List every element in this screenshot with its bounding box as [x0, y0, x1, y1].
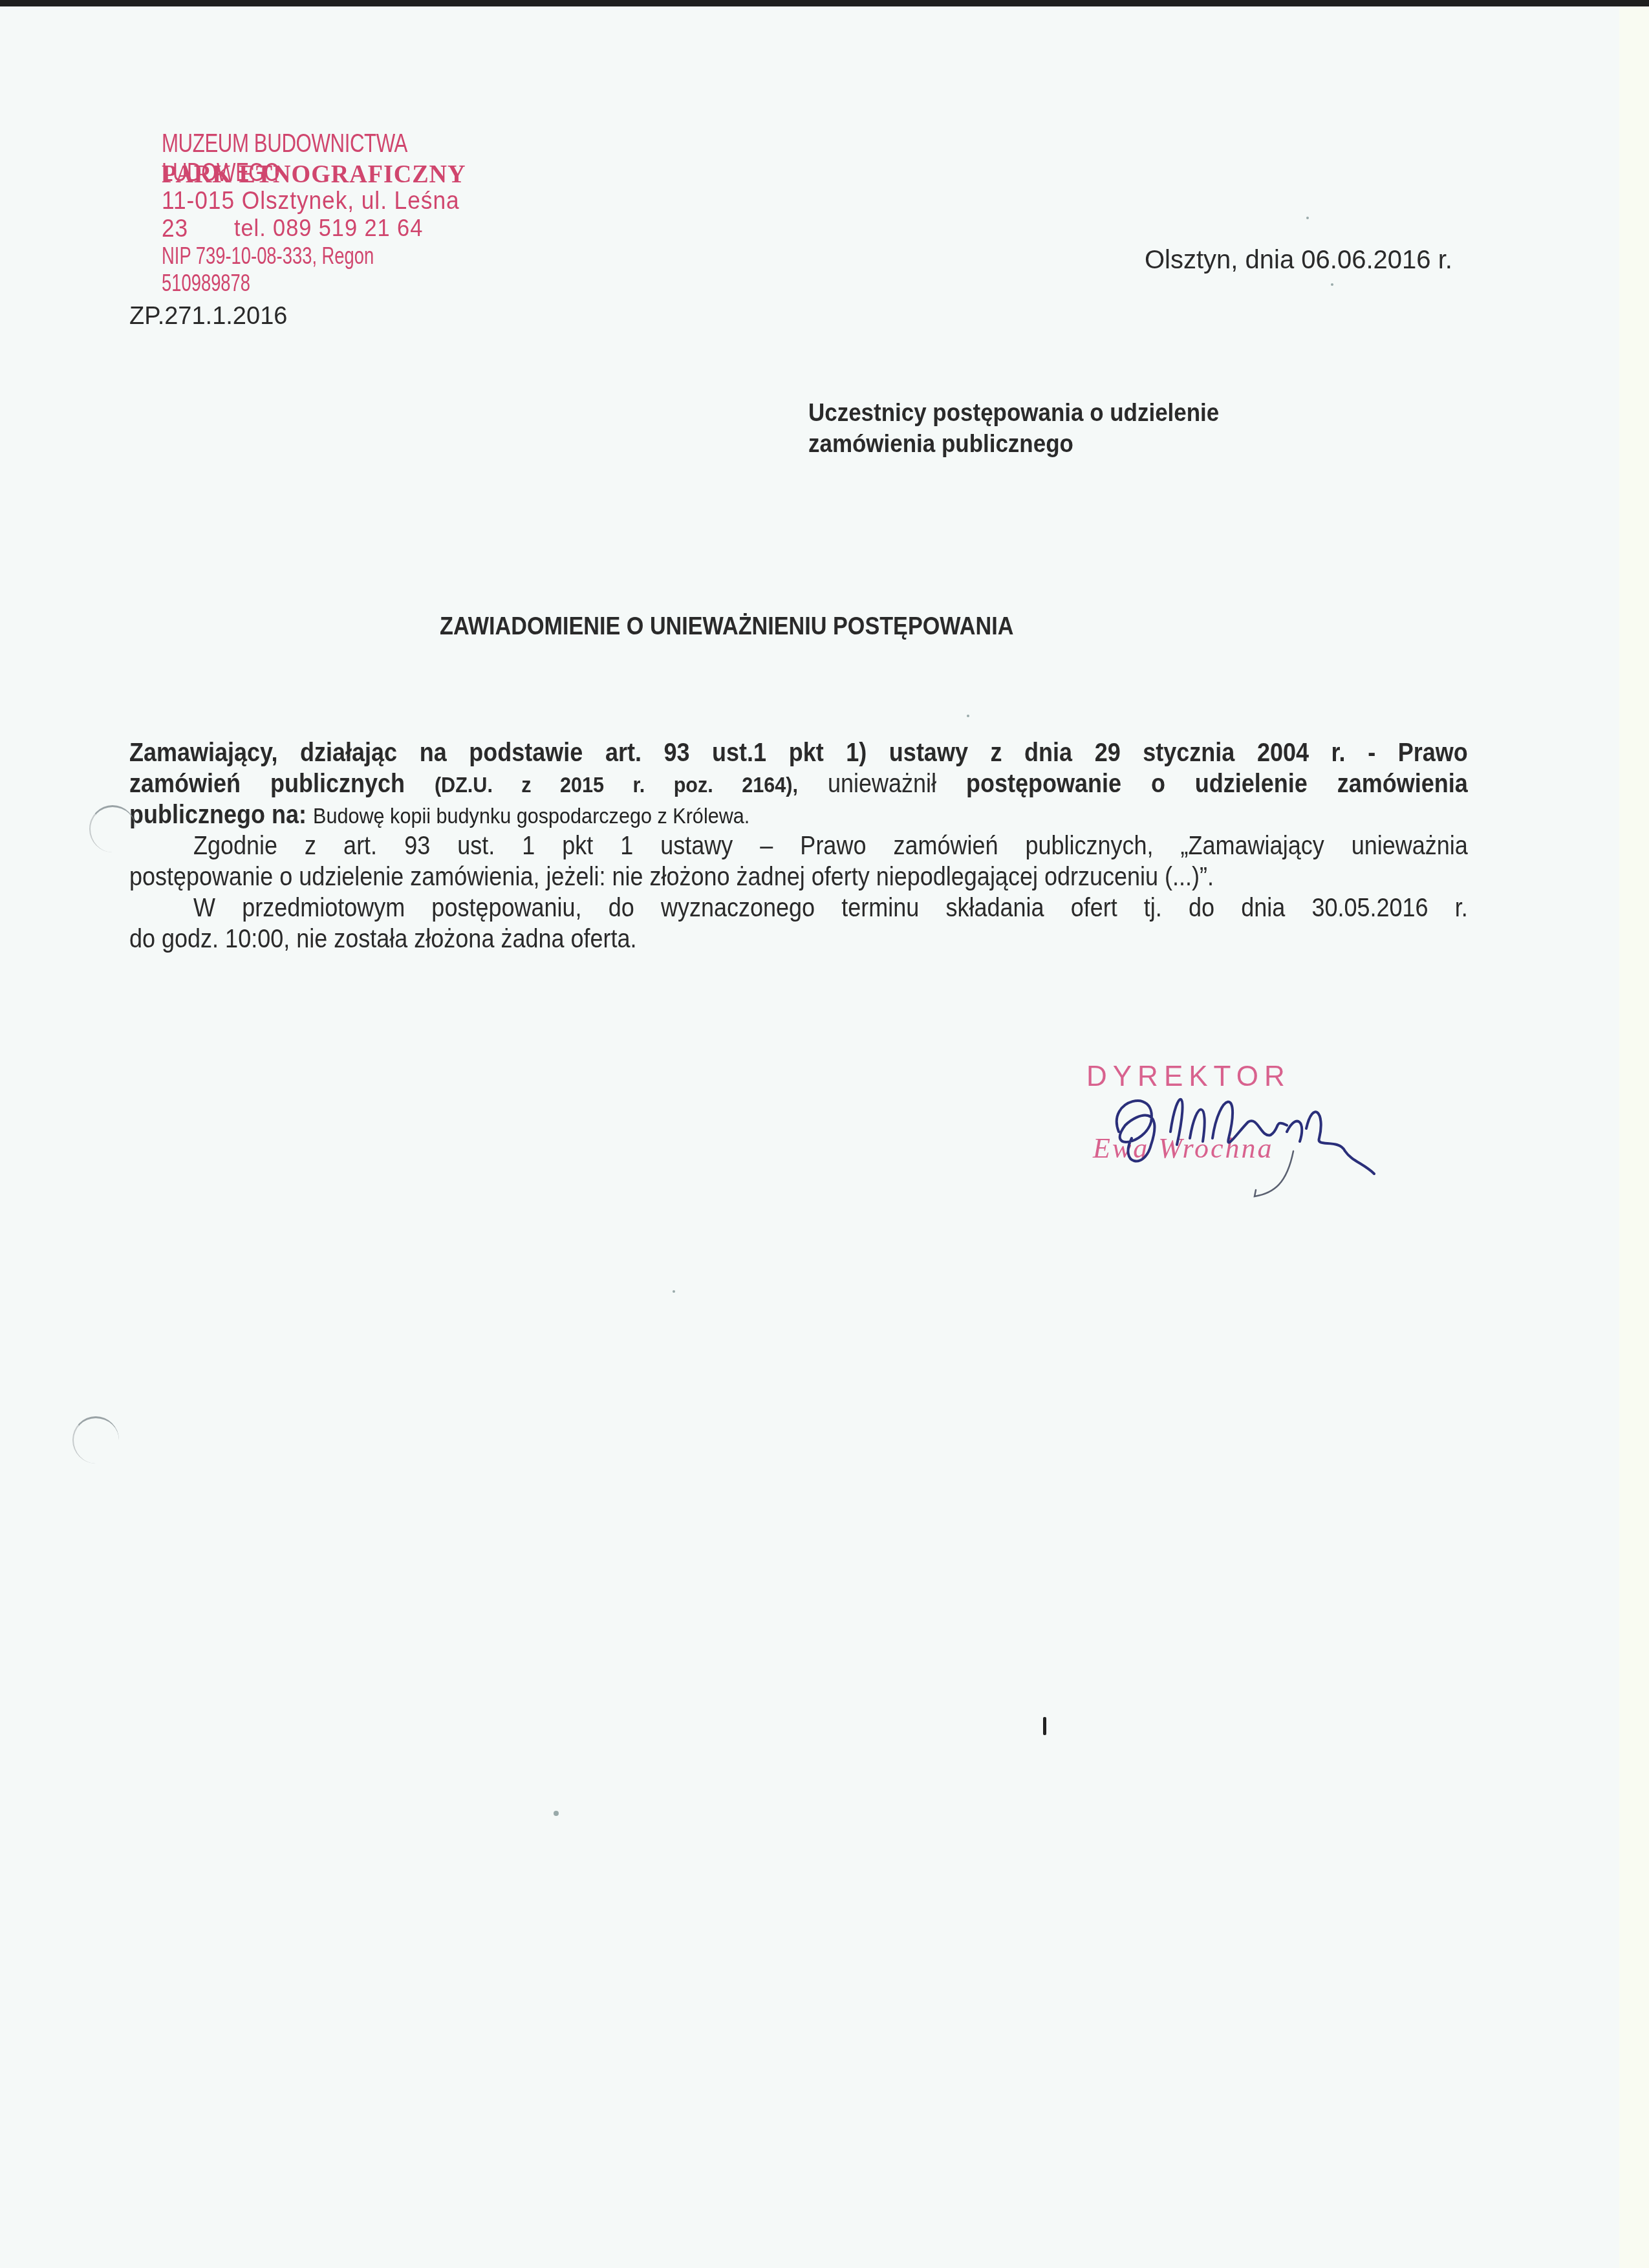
scan-right-edge: [1619, 6, 1649, 2268]
body-p1-line-1: Zamawiający, działając na podstawie art.…: [129, 737, 1468, 768]
document-title: ZAWIADOMIENIE O UNIEWAŻNIENIU POSTĘPOWAN…: [440, 613, 1092, 641]
period: .: [744, 804, 750, 828]
stamp-tax-ids: NIP 739-10-08-333, Regon 510989878: [162, 243, 425, 297]
reference-number: ZP.271.1.2016: [129, 303, 287, 330]
scan-speck: [1331, 283, 1333, 286]
punch-hole-mark: [72, 1416, 119, 1463]
body-p3-line-2: do godz. 10:00, nie została złożona żadn…: [129, 923, 1334, 955]
place-and-date: Olsztyn, dnia 06.06.2016 r.: [1145, 246, 1452, 275]
body-p2-line-1: Zgodnie z art. 93 ust. 1 pkt 1 ustawy – …: [129, 830, 1468, 861]
cancelled-verb: unieważnił: [828, 770, 936, 798]
scan-speck: [554, 1811, 559, 1816]
document-body: Zamawiający, działając na podstawie art.…: [129, 737, 1468, 955]
procedure-phrase: postępowanie o udzielenie zamówienia: [966, 770, 1468, 798]
stamp-park-name: PARK ETNOGRAFICZNY: [162, 158, 466, 189]
law-name: zamówień publicznych: [129, 770, 405, 798]
body-p3-line-1: W przedmiotowym postępowaniu, do wyznacz…: [129, 892, 1468, 923]
journal-reference: (DZ.U. z 2015 r. poz. 2164),: [435, 773, 798, 797]
scan-speck: [673, 1290, 675, 1293]
procurement-subject: Budowę kopii budynku gospodarczego z Kró…: [313, 804, 744, 828]
body-p2-line-2: postępowanie o udzielenie zamówienia, je…: [129, 861, 1334, 892]
punch-hole-mark: [89, 805, 136, 852]
body-p1-line-2: zamówień publicznych (DZ.U. z 2015 r. po…: [129, 768, 1468, 799]
signature-block: DYREKTOR Ewa Wrochna: [1080, 1061, 1390, 1209]
recipient-line-2: zamówienia publicznego: [808, 429, 1219, 460]
scan-top-edge: [0, 0, 1649, 6]
subject-label: publicznego na:: [129, 801, 307, 829]
recipient-line-1: Uczestnicy postępowania o udzielenie: [808, 398, 1219, 429]
body-p1-line-3: publicznego na: Budowę kopii budynku gos…: [129, 799, 1334, 830]
scan-speck: [967, 715, 969, 717]
handwritten-signature-icon: [1080, 1061, 1390, 1209]
stamp-phone: tel. 089 519 21 64: [234, 215, 423, 242]
pen-mark: [1043, 1717, 1046, 1735]
scan-speck: [1306, 217, 1309, 219]
recipient-block: Uczestnicy postępowania o udzielenie zam…: [808, 398, 1219, 460]
